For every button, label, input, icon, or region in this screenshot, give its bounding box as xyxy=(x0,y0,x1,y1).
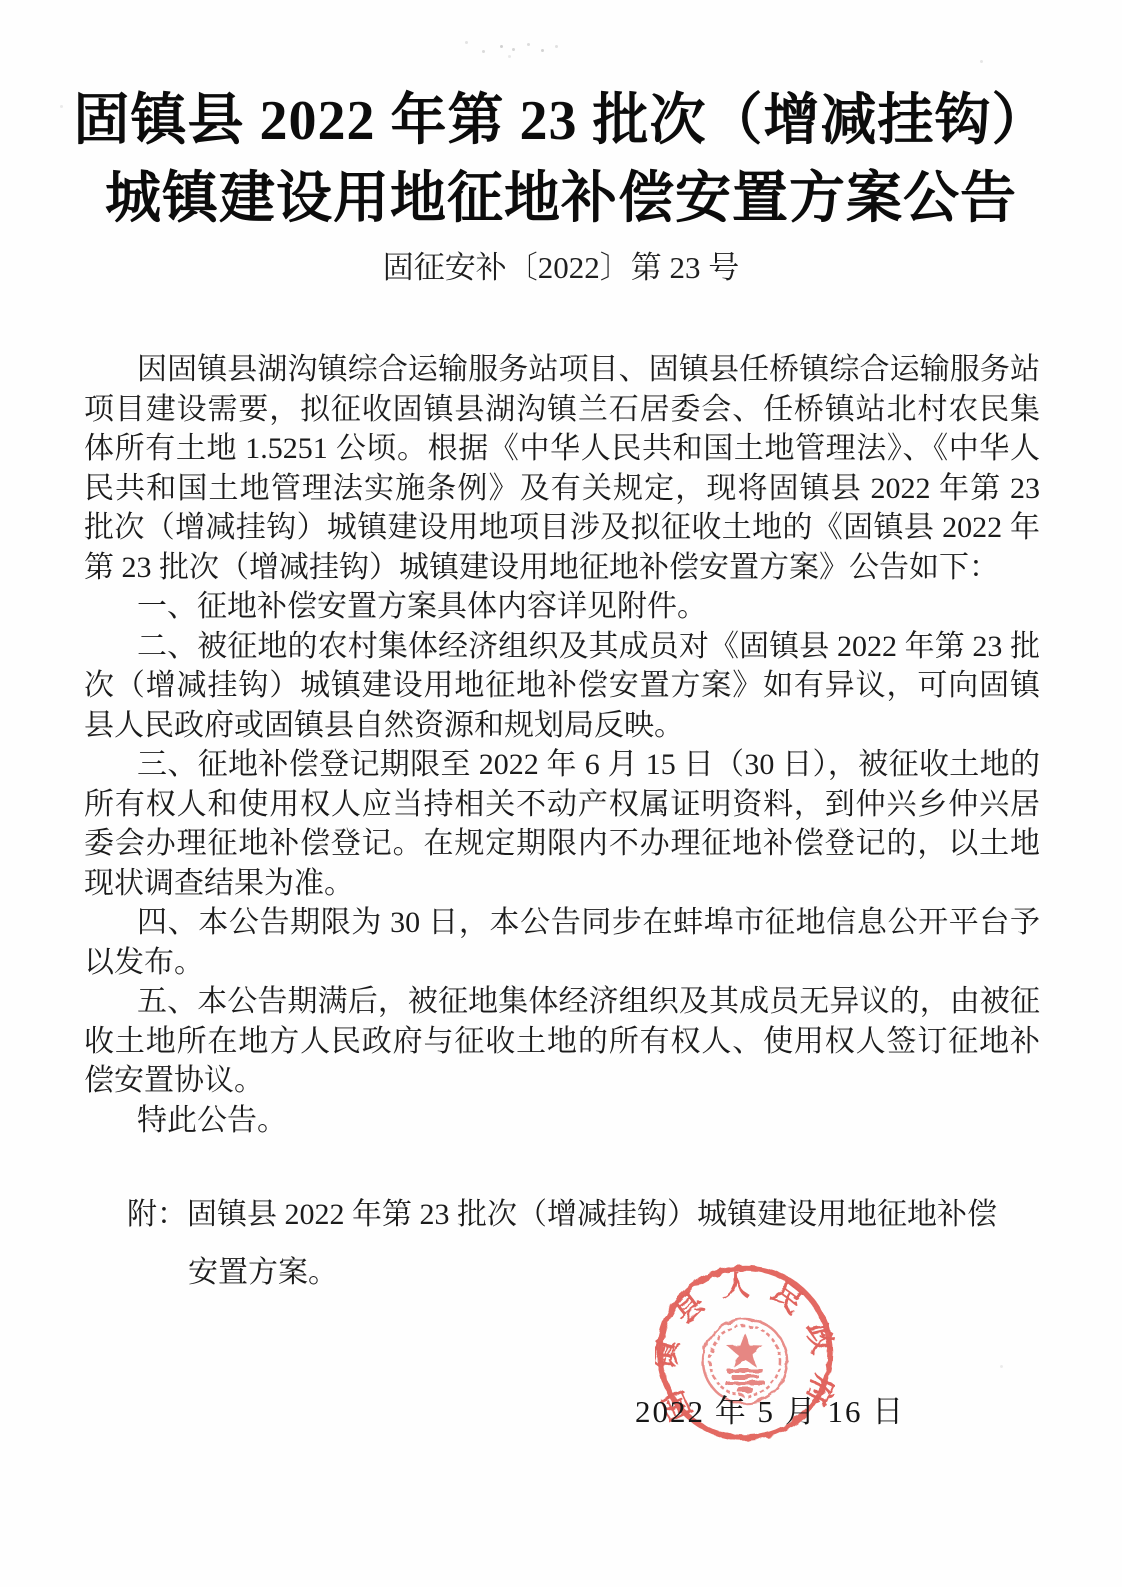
page-title: 固镇县 2022 年第 23 批次（增减挂钩） 城镇建设用地征地补偿安置方案公告 xyxy=(36,82,1086,238)
attachment-label: 附： xyxy=(127,1198,187,1231)
paragraph-item-3: 三、征地补偿登记期限至 2022 年 6 月 15 日（30 日），被征收土地的… xyxy=(84,745,1040,903)
page-title-line-2: 城镇建设用地征地补偿安置方案公告 xyxy=(36,160,1086,238)
paragraph-item-5: 五、本公告期满后，被征地集体经济组织及其成员无异议的，由被征收土地所在地方人民政… xyxy=(84,982,1040,1101)
emblem-star-icon xyxy=(727,1333,763,1367)
announcement-body: 因固镇县湖沟镇综合运输服务站项目、固镇县任桥镇综合运输服务站项目建设需要，拟征收… xyxy=(84,350,1040,1140)
document-page: 固镇县 2022 年第 23 批次（增减挂钩） 城镇建设用地征地补偿安置方案公告… xyxy=(0,0,1122,1587)
page-title-line-1: 固镇县 2022 年第 23 批次（增减挂钩） xyxy=(36,82,1086,160)
paragraph-intro: 因固镇县湖沟镇综合运输服务站项目、固镇县任桥镇综合运输服务站项目建设需要，拟征收… xyxy=(84,350,1040,587)
doc-number: 固征安补〔2022〕第 23 号 xyxy=(0,248,1122,288)
attachment-text-2: 安置方案。 xyxy=(188,1256,338,1289)
attachment-text-1: 固镇县 2022 年第 23 批次（增减挂钩）城镇建设用地征地补偿 xyxy=(187,1198,997,1231)
paragraph-item-4: 四、本公告期限为 30 日，本公告同步在蚌埠市征地信息公开平台予以发布。 xyxy=(84,903,1040,982)
attachment-note: 附：固镇县 2022 年第 23 批次（增减挂钩）城镇建设用地征地补偿 安置方案… xyxy=(84,1186,1040,1302)
national-emblem-icon xyxy=(703,1319,787,1403)
paragraph-item-1: 一、征地补偿安置方案具体内容详见附件。 xyxy=(84,587,1040,627)
paragraph-closing: 特此公告。 xyxy=(84,1101,1040,1141)
paragraph-item-2: 二、被征地的农村集体经济组织及其成员对《固镇县 2022 年第 23 批次（增减… xyxy=(84,627,1040,746)
scan-noise xyxy=(500,45,503,48)
attachment-line-2: 安置方案。 xyxy=(84,1244,1040,1302)
issue-date: 2022 年 5 月 16 日 xyxy=(635,1392,905,1432)
attachment-line-1: 附：固镇县 2022 年第 23 批次（增减挂钩）城镇建设用地征地补偿 xyxy=(84,1186,1040,1244)
